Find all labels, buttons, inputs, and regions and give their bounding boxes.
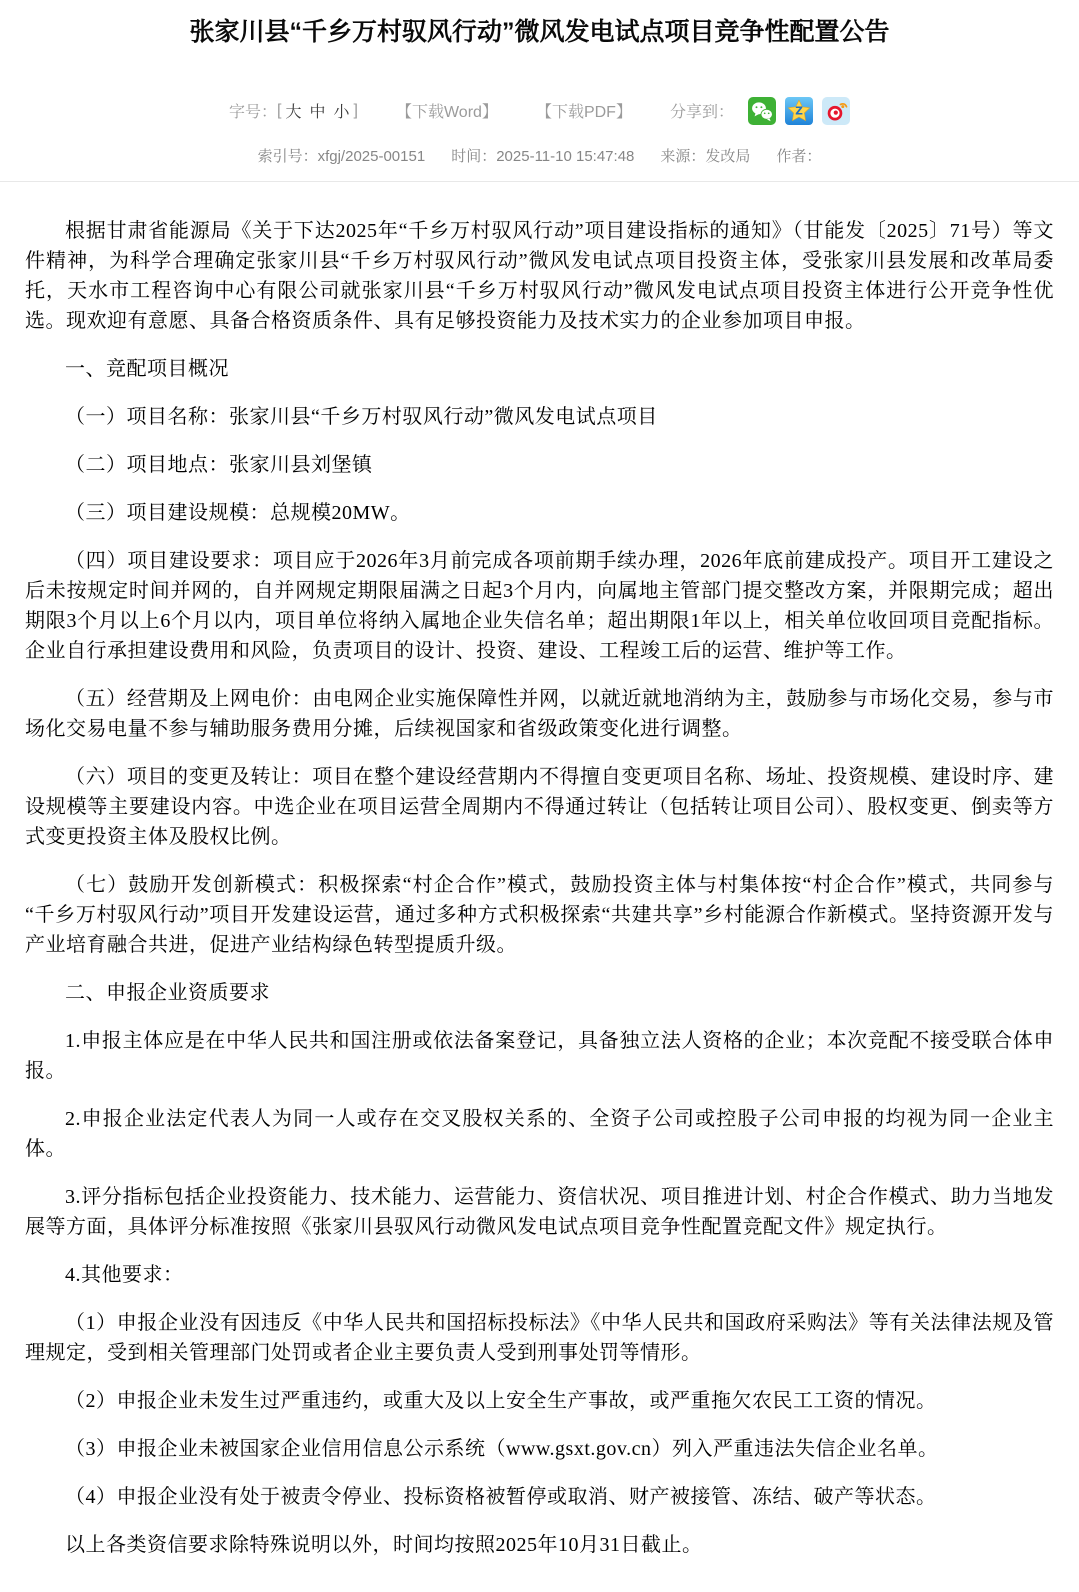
- wechat-icon[interactable]: [748, 97, 776, 125]
- font-size-small-button[interactable]: 小: [334, 99, 350, 122]
- meta-time-label: 时间：: [451, 148, 496, 165]
- paragraph-project-scale: （三）项目建设规模：总规模20MW。: [25, 498, 1054, 528]
- meta-author: 作者：: [776, 145, 821, 166]
- section-heading-1: 一、竞配项目概况: [25, 354, 1054, 384]
- font-size-large-button[interactable]: 大: [285, 99, 301, 122]
- svg-text:Z: Z: [795, 105, 803, 117]
- share-group: 分享到：: [670, 97, 850, 125]
- meta-index: 索引号：xfgj/2025-00151: [258, 145, 426, 166]
- font-size-group: 字号： [ 大 中 小 ]: [229, 99, 358, 122]
- font-size-label: 字号：: [229, 99, 277, 122]
- paragraph-project-location: （二）项目地点：张家川县刘堡镇: [25, 450, 1054, 480]
- paragraph-other-3: （3）申报企业未被国家企业信用信息公示系统（www.gsxt.gov.cn）列入…: [25, 1434, 1054, 1464]
- meta-time: 时间：2025-11-10 15:47:48: [451, 145, 634, 166]
- meta-index-value: xfgj/2025-00151: [318, 148, 426, 165]
- meta-source-label: 来源：: [660, 148, 705, 165]
- page-title: 张家川县“千乡万村驭风行动”微风发电试点项目竞争性配置公告: [60, 16, 1019, 49]
- paragraph-innovation-mode: （七）鼓励开发创新模式：积极探索“村企合作”模式，鼓励投资主体与村集体按“村企合…: [25, 870, 1054, 960]
- paragraph-construction-requirements: （四）项目建设要求：项目应于2026年3月前完成各项前期手续办理，2026年底前…: [25, 546, 1054, 666]
- intro-paragraph: 根据甘肃省能源局《关于下达2025年“千乡万村驭风行动”项目建设指标的通知》（甘…: [25, 216, 1054, 336]
- meta-index-label: 索引号：: [258, 148, 318, 165]
- meta-time-value: 2025-11-10 15:47:48: [496, 148, 634, 165]
- paragraph-credit-deadline: 以上各类资信要求除特殊说明以外，时间均按照2025年10月31日截止。: [25, 1530, 1054, 1560]
- font-size-medium-button[interactable]: 中: [310, 99, 326, 122]
- paragraph-operation-price: （五）经营期及上网电价：由电网企业实施保障性并网，以就近就地消纳为主，鼓励参与市…: [25, 684, 1054, 744]
- paragraph-qualification-3: 3.评分指标包括企业投资能力、技术能力、运营能力、资信状况、项目推进计划、村企合…: [25, 1182, 1054, 1242]
- header-divider: [0, 181, 1079, 182]
- article-body: 根据甘肃省能源局《关于下达2025年“千乡万村驭风行动”项目建设指标的通知》（甘…: [0, 190, 1079, 1588]
- paragraph-other-1: （1）申报企业没有因违反《中华人民共和国招标投标法》《中华人民共和国政府采购法》…: [25, 1308, 1054, 1368]
- download-word-button[interactable]: 【下载Word】: [396, 99, 498, 122]
- paragraph-qualification-4: 4.其他要求：: [25, 1260, 1054, 1290]
- paragraph-change-transfer: （六）项目的变更及转让：项目在整个建设经营期内不得擅自变更项目名称、场址、投资规…: [25, 762, 1054, 852]
- paragraph-project-name: （一）项目名称：张家川县“千乡万村驭风行动”微风发电试点项目: [25, 402, 1054, 432]
- paragraph-other-2: （2）申报企业未发生过严重违约，或重大及以上安全生产事故，或严重拖欠农民工工资的…: [25, 1386, 1054, 1416]
- meta-author-label: 作者：: [776, 148, 821, 165]
- weibo-icon[interactable]: [822, 97, 850, 125]
- paragraph-qualification-1: 1.申报主体应是在中华人民共和国注册或依法备案登记，具备独立法人资格的企业；本次…: [25, 1026, 1054, 1086]
- download-pdf-button[interactable]: 【下载PDF】: [536, 99, 632, 122]
- font-size-bracket-left: [: [277, 102, 281, 120]
- paragraph-qualification-2: 2.申报企业法定代表人为同一人或存在交叉股权关系的、全资子公司或控股子公司申报的…: [25, 1104, 1054, 1164]
- meta-source-value: 发改局: [705, 148, 750, 165]
- toolbar: 字号： [ 大 中 小 ] 【下载Word】 【下载PDF】 分享到：: [0, 97, 1079, 125]
- font-size-bracket-right: ]: [354, 102, 358, 120]
- announcement-page: 张家川县“千乡万村驭风行动”微风发电试点项目竞争性配置公告 字号： [ 大 中 …: [0, 0, 1079, 1592]
- section-heading-2: 二、申报企业资质要求: [25, 978, 1054, 1008]
- qzone-icon[interactable]: Z: [785, 97, 813, 125]
- paragraph-other-4: （4）申报企业没有处于被责令停业、投标资格被暂停或取消、财产被接管、冻结、破产等…: [25, 1482, 1054, 1512]
- share-label: 分享到：: [670, 99, 734, 122]
- document-meta: 索引号：xfgj/2025-00151 时间：2025-11-10 15:47:…: [0, 145, 1079, 166]
- meta-source: 来源：发改局: [660, 145, 750, 166]
